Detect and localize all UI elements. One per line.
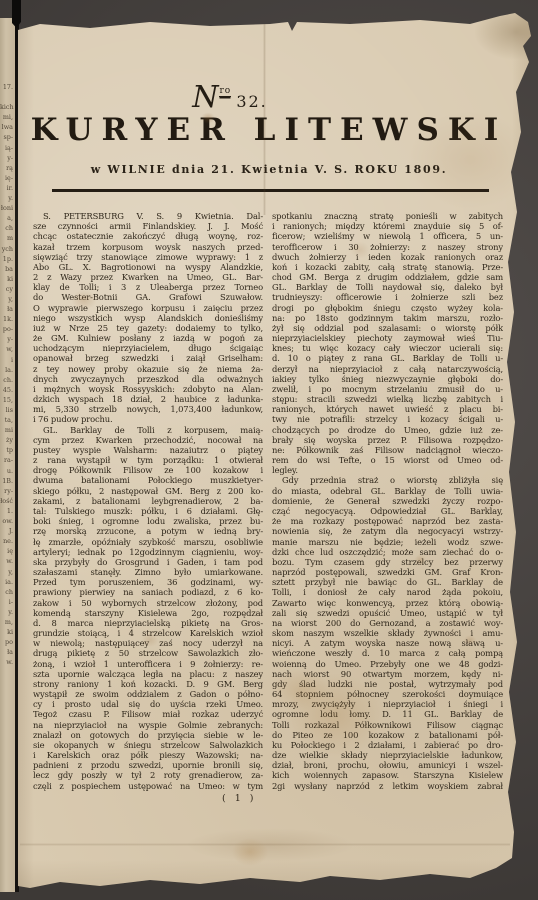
- article-column-left: S. PETERSBURG V. S. 9 Kwietnia. Dal-sze …: [33, 211, 263, 791]
- edge-text-fragment: w.: [0, 657, 15, 667]
- edge-text-fragment: ry-: [0, 486, 15, 496]
- text-line: iakiey tylko śnieg niezwyczaynie głęboki…: [272, 374, 503, 384]
- edge-text-fragment: w,: [0, 344, 15, 354]
- issue-number-value: 32.: [236, 92, 267, 111]
- edge-text-fragment: sp-: [0, 132, 15, 142]
- edge-text-fragment: ch.: [0, 375, 15, 385]
- text-line: GL. Barklay de Tolli z korpusem, maią-: [33, 425, 263, 435]
- edge-text-fragment: tp: [0, 445, 15, 455]
- text-line: sztett przybył nie bawiąc do GL. Barklay…: [272, 577, 503, 587]
- text-line: dzkich wyspach 18 dział, 2 haubice z ład…: [33, 394, 263, 404]
- text-line: kich woiennych zapasow. Starszyna Kisiel…: [272, 770, 503, 780]
- text-line: 2 z Wazy przez Kwarken na Umeo, GL. Bar-: [33, 272, 263, 282]
- text-line: drugą pikietę z 50 strzelcow Sawolazkich…: [33, 648, 263, 658]
- text-line: szta upornie walcząca legła na placu: z …: [33, 669, 263, 679]
- text-line: ficerow; wzieliśmy w niewolą 1 officera,…: [272, 231, 503, 241]
- edge-text-fragment: rą: [0, 163, 15, 173]
- text-line: w niewolą; następuiącey zaś nocy uderzył…: [33, 638, 263, 648]
- text-line: nach wiorst 90 otwartym morzem, kędy ni-: [272, 669, 503, 679]
- edge-text-fragment: la.: [0, 365, 15, 375]
- text-line: twy nie potrafili: strzelcy i kozacy ści…: [272, 414, 503, 424]
- edge-text-fragment: 1p.: [0, 254, 15, 264]
- edge-text-fragment: mi: [0, 425, 15, 435]
- text-line: prawiony pierwiey na saniach podiazd, z …: [33, 587, 263, 597]
- text-line: tal: Tulskiego muszk: półku, i 6 działam…: [33, 506, 263, 516]
- text-line: spotkaniu znaczną stratę ponieśli w zabi…: [272, 211, 503, 221]
- text-line: nowienia się, że zatym dla negocyacyi ws…: [272, 526, 503, 536]
- issue-number-superscript: ro: [219, 86, 231, 97]
- edge-text-fragment: po-: [0, 324, 15, 334]
- text-line: skiego półku, 2 następował GM. Berg z 20…: [33, 486, 263, 496]
- text-line: lecz gdy poszły w tył 2 roty grenadierow…: [33, 770, 263, 780]
- issue-number: Nro 32.: [0, 80, 460, 115]
- edge-text-fragment: 17.: [0, 82, 15, 92]
- text-line: boki śnieg, i ogromne lodu zwaliska, prz…: [33, 516, 263, 526]
- text-line: zakami, z batalionami leybgrenadierow, 2…: [33, 496, 263, 506]
- text-line: nieprzyiacielskiey piechoty zaymował wie…: [272, 333, 503, 343]
- text-line: ku Połockiego i 2 działami, i zabierać p…: [272, 740, 503, 750]
- edge-text-fragment: po: [0, 637, 15, 647]
- text-line: Tegoż czasu P. Filisow miał rozkaz uderz…: [33, 709, 263, 719]
- edge-text-fragment: 1B.: [0, 476, 15, 486]
- text-line: z tey nowey proby okazuie się że niema ż…: [33, 364, 263, 374]
- text-line: grundzie stoiącą, i 4 strzelcow Karelski…: [33, 628, 263, 638]
- edge-text-fragment: lwa: [0, 122, 15, 132]
- edge-text-fragment: a,: [0, 213, 15, 223]
- scanned-newspaper-page: 17.kichmi,lwasp-ią-y-rąię-ir.y.łonia,chm…: [0, 0, 538, 900]
- text-line: i mężnych woysk Rossyyskich: zdobyto na …: [33, 384, 263, 394]
- text-line: żył się oddzial pod szalasami: o wiorstę…: [272, 323, 503, 333]
- page-number: ( 1 ): [222, 793, 257, 804]
- edge-text-fragment: y,: [0, 567, 15, 577]
- text-line: bozu. Tym czasem gdy strzelcy bez przerw…: [272, 557, 503, 567]
- text-line: drogę Półkownik Filisow ze 100 kozakow i: [33, 465, 263, 475]
- edge-fragments: 17.kichmi,lwasp-ią-y-rąię-ir.y.łonia,chm…: [0, 82, 15, 667]
- text-line: do miasta, odebral GL. Barklay de Tolli …: [272, 486, 503, 496]
- edge-text-fragment: m: [0, 233, 15, 243]
- text-line: sie okopanych w śniegu strzelcow Salwola…: [33, 740, 263, 750]
- edge-text-fragment: ki: [0, 274, 15, 284]
- text-line: do Wester-Botnii GA. Grafowi Szuwałow.: [33, 292, 263, 302]
- text-line: wieńczone weszły d. 10 marca z całą pomp…: [272, 648, 503, 658]
- edge-text-fragment: ia.: [0, 577, 15, 587]
- edge-text-fragment: [0, 92, 15, 102]
- text-line: rem do wsi Tefte, o 15 wiorst od Umeo od…: [272, 455, 503, 465]
- edge-text-fragment: y-: [0, 334, 15, 344]
- text-line: dnych zwyczaynych przeszkod dla odważnyc…: [33, 374, 263, 384]
- masthead-title: KURYER LITEWSKI: [0, 112, 538, 148]
- edge-text-fragment: łoni: [0, 203, 15, 213]
- text-line: terofficerow i 30 żołnierzy: z naszey st…: [272, 242, 503, 252]
- edge-text-fragment: lis: [0, 405, 15, 415]
- text-line: opanował brzeg szwedzki i zaiął Griselha…: [33, 353, 263, 363]
- edge-text-fragment: ię: [0, 546, 15, 556]
- text-line: artyleryi; iednak po 12godzinnym ciągnie…: [33, 547, 263, 557]
- text-line: manie marszu nie będzie; ieżeli wodz szw…: [272, 537, 503, 547]
- text-line: cząć negocyacyą. Odpowiedział GL. Barkla…: [272, 506, 503, 516]
- text-line: O wyprawie pierwszego korpusu i zaięciu …: [33, 303, 263, 313]
- edge-text-fragment: ych: [0, 244, 15, 254]
- text-line: na wiorst 200 do Gernozand, a zostawić w…: [272, 618, 503, 628]
- text-line: szałaszami stanęły. Zimno było umiarkowa…: [33, 567, 263, 577]
- text-line: ogromne lodu łomy. D. 11 GL. Barklay de: [272, 709, 503, 719]
- text-line: cy i prosto udal się do uyścia rzeki Ume…: [33, 699, 263, 709]
- text-line: stępu: stracili szwedzi wielką liczbę za…: [272, 394, 503, 404]
- text-line: Gdy przednia straż o wiorstę zbliżyła si…: [272, 475, 503, 485]
- text-line: legley.: [272, 465, 503, 475]
- text-line: 2gi wysłany naprzód z letkim woyskiem za…: [272, 781, 503, 791]
- text-line: i Karelskich oraz półk pieszy Wazowski; …: [33, 750, 263, 760]
- text-line: wystąpił ze swoim oddzialem z Gadon o pó…: [33, 689, 263, 699]
- text-line: Tolli, i doniosł że cały narod żąda poko…: [272, 587, 503, 597]
- text-line: zali się szwedzi opuścić Umeo, ustąpić w…: [272, 608, 503, 618]
- text-line: ska przybyły do Grosgrund i Gaden, i tam…: [33, 557, 263, 567]
- edge-text-fragment: kich: [0, 102, 15, 112]
- text-line: nicyi. A zatym woyska nasze nową sławą u…: [272, 638, 503, 648]
- text-line: żoną, i wzioł 1 unterofficera i 9 żołnie…: [33, 659, 263, 669]
- edge-text-fragment: cy: [0, 284, 15, 294]
- text-line: częli z pospiechem ustępować na Umeo: w …: [33, 781, 263, 791]
- edge-text-fragment: ią-: [0, 143, 15, 153]
- edge-text-fragment: łość: [0, 496, 15, 506]
- edge-text-fragment: 45.: [0, 385, 15, 395]
- text-line: padnieni z przodu szwedzi, upornie broni…: [33, 760, 263, 770]
- edge-text-fragment: J.: [0, 526, 15, 536]
- text-line: d. 10 o piątey z rana GL. Barklay de Tol…: [272, 353, 503, 363]
- text-line: woienną do Umeo. Przebyły one we 48 godz…: [272, 659, 503, 669]
- horizontal-fold-crease: [20, 843, 510, 846]
- text-line: mrozy, zwyciężyły i nieprzyiacioł i śnie…: [272, 699, 503, 709]
- edge-text-fragment: ne.: [0, 536, 15, 546]
- text-line: dział, broni, prochu, ołowiu, amunicyi i…: [272, 760, 503, 770]
- text-line: dwuch żołnierzy i ieden kozak ranionych …: [272, 252, 503, 262]
- text-line: knes; tu więc kozacy cały wieczor uciera…: [272, 343, 503, 353]
- edge-text-fragment: ch: [0, 223, 15, 233]
- text-line: sięwziąć trzy stanowiące zimowe wyprawy:…: [33, 252, 263, 262]
- text-line: do Piteo ze 100 kozakow z batalionami pó…: [272, 730, 503, 740]
- text-line: strony raniony 1 koń kozacki. D. 9 GM. B…: [33, 679, 263, 689]
- text-line: Zawarto więc konwencyą, przez którą obow…: [272, 598, 503, 608]
- text-line: i ranionych; między któremi znayduie się…: [272, 221, 503, 231]
- text-line: klay de Tolli; i 3 z Uleaberga przez Tor…: [33, 282, 263, 292]
- edge-text-fragment: i: [0, 355, 15, 365]
- text-line: na nieprzyiacioł na wyspie Golmie zebran…: [33, 720, 263, 730]
- edge-text-fragment: i-: [0, 597, 15, 607]
- issue-number-letter: N: [192, 80, 219, 115]
- text-line: d. 8 marca nieprzyiacielską pikietę na G…: [33, 618, 263, 628]
- edge-spacer: [0, 18, 15, 82]
- text-line: że GM. Kulniew posłany z iazdą w pogoń z…: [33, 333, 263, 343]
- text-line: GL. Barklay de Tolli naydował się, dalek…: [272, 282, 503, 292]
- edge-text-fragment: ra-: [0, 455, 15, 465]
- text-line: domienie, że Generał szwedzki życzy rozp…: [272, 496, 503, 506]
- text-line: brały się woyska przez P. Filisowa rozpę…: [272, 435, 503, 445]
- edge-text-fragment: y.: [0, 193, 15, 203]
- text-line: iuż w Nrze 25 tey gazety: dodaiemy to ty…: [33, 323, 263, 333]
- text-line: pustey wyspie Walsharm: nazaiutrz o piąt…: [33, 445, 263, 455]
- text-line: uchodzącym nieprzyiacielem, długo ścigai…: [33, 343, 263, 353]
- text-line: i 76 pudow prochu.: [33, 414, 263, 424]
- text-line: łę zmarzłe, opóźniały szybkość marszu, o…: [33, 537, 263, 547]
- text-line: Abo GL. X. Bagrotionowi na wyspy Alandzk…: [33, 262, 263, 272]
- edge-text-fragment: w.: [0, 556, 15, 566]
- text-line: ne: Półkownik zaś Filisow nadciągnoł wie…: [272, 445, 503, 455]
- edge-text-fragment: ir.: [0, 183, 15, 193]
- edge-text-fragment: 15,: [0, 395, 15, 405]
- underlying-page-edge: 17.kichmi,lwasp-ią-y-rąię-ir.y.łonia,chm…: [0, 18, 15, 892]
- edge-text-fragment: y-: [0, 153, 15, 163]
- text-line: komendą starszyny Kisielewa 2go, rozpędz…: [33, 608, 263, 618]
- text-line: 64 stopniem północney szerokości doymuią…: [272, 689, 503, 699]
- edge-text-fragment: ch: [0, 587, 15, 597]
- text-line: niego wszystkich wysp Alandskich donieśl…: [33, 313, 263, 323]
- edge-text-fragment: u.: [0, 466, 15, 476]
- text-line: że ma rozkazy postępować naprzód bez zas…: [272, 516, 503, 526]
- masthead-rule: [52, 189, 489, 192]
- edge-text-fragment: m,: [0, 617, 15, 627]
- edge-text-fragment: ła: [0, 304, 15, 314]
- text-line: sze czynności armii Finlandskiey. J. J. …: [33, 221, 263, 231]
- edge-text-fragment: 1.: [0, 506, 15, 516]
- text-line: S. PETERSBURG V. S. 9 Kwietnia. Dal-: [33, 211, 263, 221]
- text-line: gdy ślad ludzki nie postał, wytrzymały p…: [272, 679, 503, 689]
- text-line: Przed tym poruszeniem, 36 godzinami, wy-: [33, 577, 263, 587]
- edge-text-fragment: 1k.: [0, 314, 15, 324]
- text-line: skom naszym wszelkie składy żywności i a…: [272, 628, 503, 638]
- text-line: drogi po głębokim śniegu często wyżey ko…: [272, 303, 503, 313]
- edge-text-fragment: y,: [0, 294, 15, 304]
- text-line: derzył na nieprzyiacioł z całą natarczyw…: [272, 364, 503, 374]
- text-line: Tolli rozkazal Półkownikowi Filisow ciąg…: [272, 720, 503, 730]
- text-line: dze wielkie składy nieprzyiacielskie ład…: [272, 750, 503, 760]
- edge-text-fragment: ła: [0, 647, 15, 657]
- text-line: znalazł on gotowych do przyięcia siebie …: [33, 730, 263, 740]
- text-line: zwelił, i po mocnym strzelaniu zmusił do…: [272, 384, 503, 394]
- text-line: trudnieyszy: officerowie i żołnierze szl…: [272, 292, 503, 302]
- edge-text-fragment: ba: [0, 264, 15, 274]
- edge-text-fragment: y.: [0, 607, 15, 617]
- text-line: dzki chce lud oszczędzić; może sam ziech…: [272, 547, 503, 557]
- text-line: na: po 18sto godzinnym takim marszu, roz…: [272, 313, 503, 323]
- edge-text-fragment: ta,: [0, 415, 15, 425]
- text-line: rzę morską zrzucone, a potym w iedną bry…: [33, 526, 263, 536]
- text-line: z rana wystąpił w tym porządku: 1 otwier…: [33, 455, 263, 465]
- edge-text-fragment: ki: [0, 627, 15, 637]
- article-column-right: spotkaniu znaczną stratę ponieśli w zabi…: [272, 211, 503, 791]
- text-line: chodzących po drodze do Umeo, gdzie iuż …: [272, 425, 503, 435]
- text-line: cym przez Kwarken przechodzić, nocował n…: [33, 435, 263, 445]
- edge-text-fragment: ży: [0, 435, 15, 445]
- edge-text-fragment: ię-: [0, 173, 15, 183]
- newspaper-sheet: Nro 32. KURYER LITEWSKI w WILNIE dnia 21…: [0, 0, 538, 900]
- edge-text-fragment: mi,: [0, 112, 15, 122]
- text-line: koń i kozacki zabity, całą stratę stanow…: [272, 262, 503, 272]
- text-line: kazał trzem korpusom woysk naszych przed…: [33, 242, 263, 252]
- text-line: mi, 5,330 strzelb nowych, 1,073,400 ładu…: [33, 404, 263, 414]
- text-line: chcąc ostatecznie zakończyć długą woynę,…: [33, 231, 263, 241]
- text-line: chod GM. Berga z drugim oddziałem, gdzie…: [272, 272, 503, 282]
- text-line: dwuma batalionami Połockiego muszkietyer…: [33, 475, 263, 485]
- masthead-dateline: w WILNIE dnia 21. Kwietnia V. S. ROKU 18…: [0, 163, 538, 176]
- text-line: ranionych, których nawet uwieść z placu …: [272, 404, 503, 414]
- edge-text-fragment: ow.: [0, 516, 15, 526]
- text-line: naprzód postępowali, szwedzki GM. Graf K…: [272, 567, 503, 577]
- text-line: zakow i 50 wybornych strzelcow złożony, …: [33, 598, 263, 608]
